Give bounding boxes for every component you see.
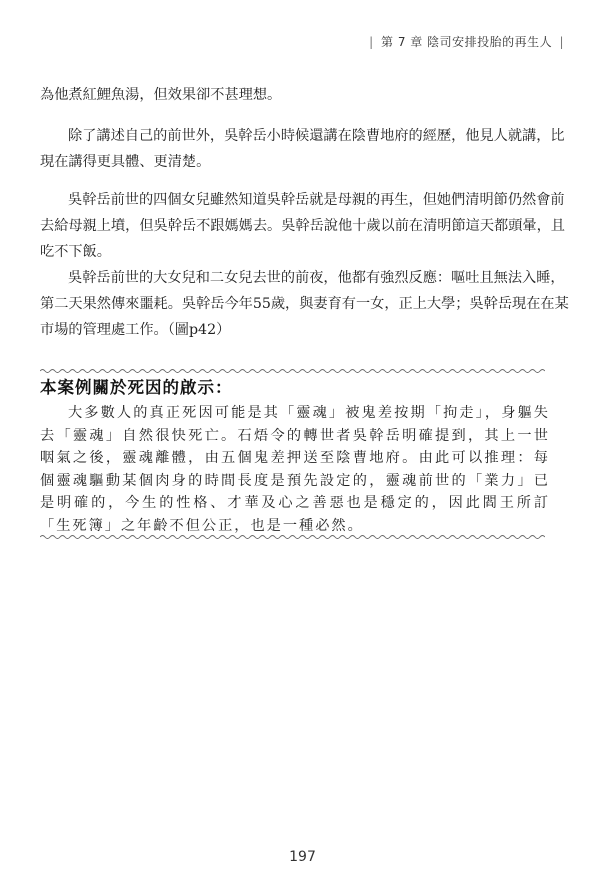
- header-divider: |: [559, 35, 564, 49]
- paragraph: 吳幹岳前世的大女兒和二女兒去世的前夜，他都有強烈反應：嘔吐且無法入睡，第二天果然…: [40, 265, 570, 343]
- insight-title: 本案例關於死因的啟示：: [40, 374, 233, 398]
- chapter-title: 第 7 章 陰司安排投胎的再生人: [381, 35, 552, 49]
- insight-body: 大多數人的真正死因可能是其「靈魂」被鬼差按期「拘走」，身軀失去「靈魂」自然很快死…: [40, 402, 550, 537]
- page-number: 197: [0, 849, 605, 865]
- header-divider: |: [369, 35, 374, 49]
- running-header: | 第 7 章 陰司安排投胎的再生人 |: [366, 33, 567, 50]
- paragraph-continuation: 為他煮紅鯉魚湯，但效果卻不甚理想。: [40, 82, 570, 108]
- paragraph: 吳幹岳前世的四個女兒雖然知道吳幹岳就是母親的再生，但她們清明節仍然會前去給母親上…: [40, 187, 570, 265]
- wavy-divider-bottom: [40, 534, 545, 540]
- paragraph: 除了講述自己的前世外，吳幹岳小時候還講在陰曹地府的經歷，他見人就講，比現在講得更…: [40, 123, 570, 175]
